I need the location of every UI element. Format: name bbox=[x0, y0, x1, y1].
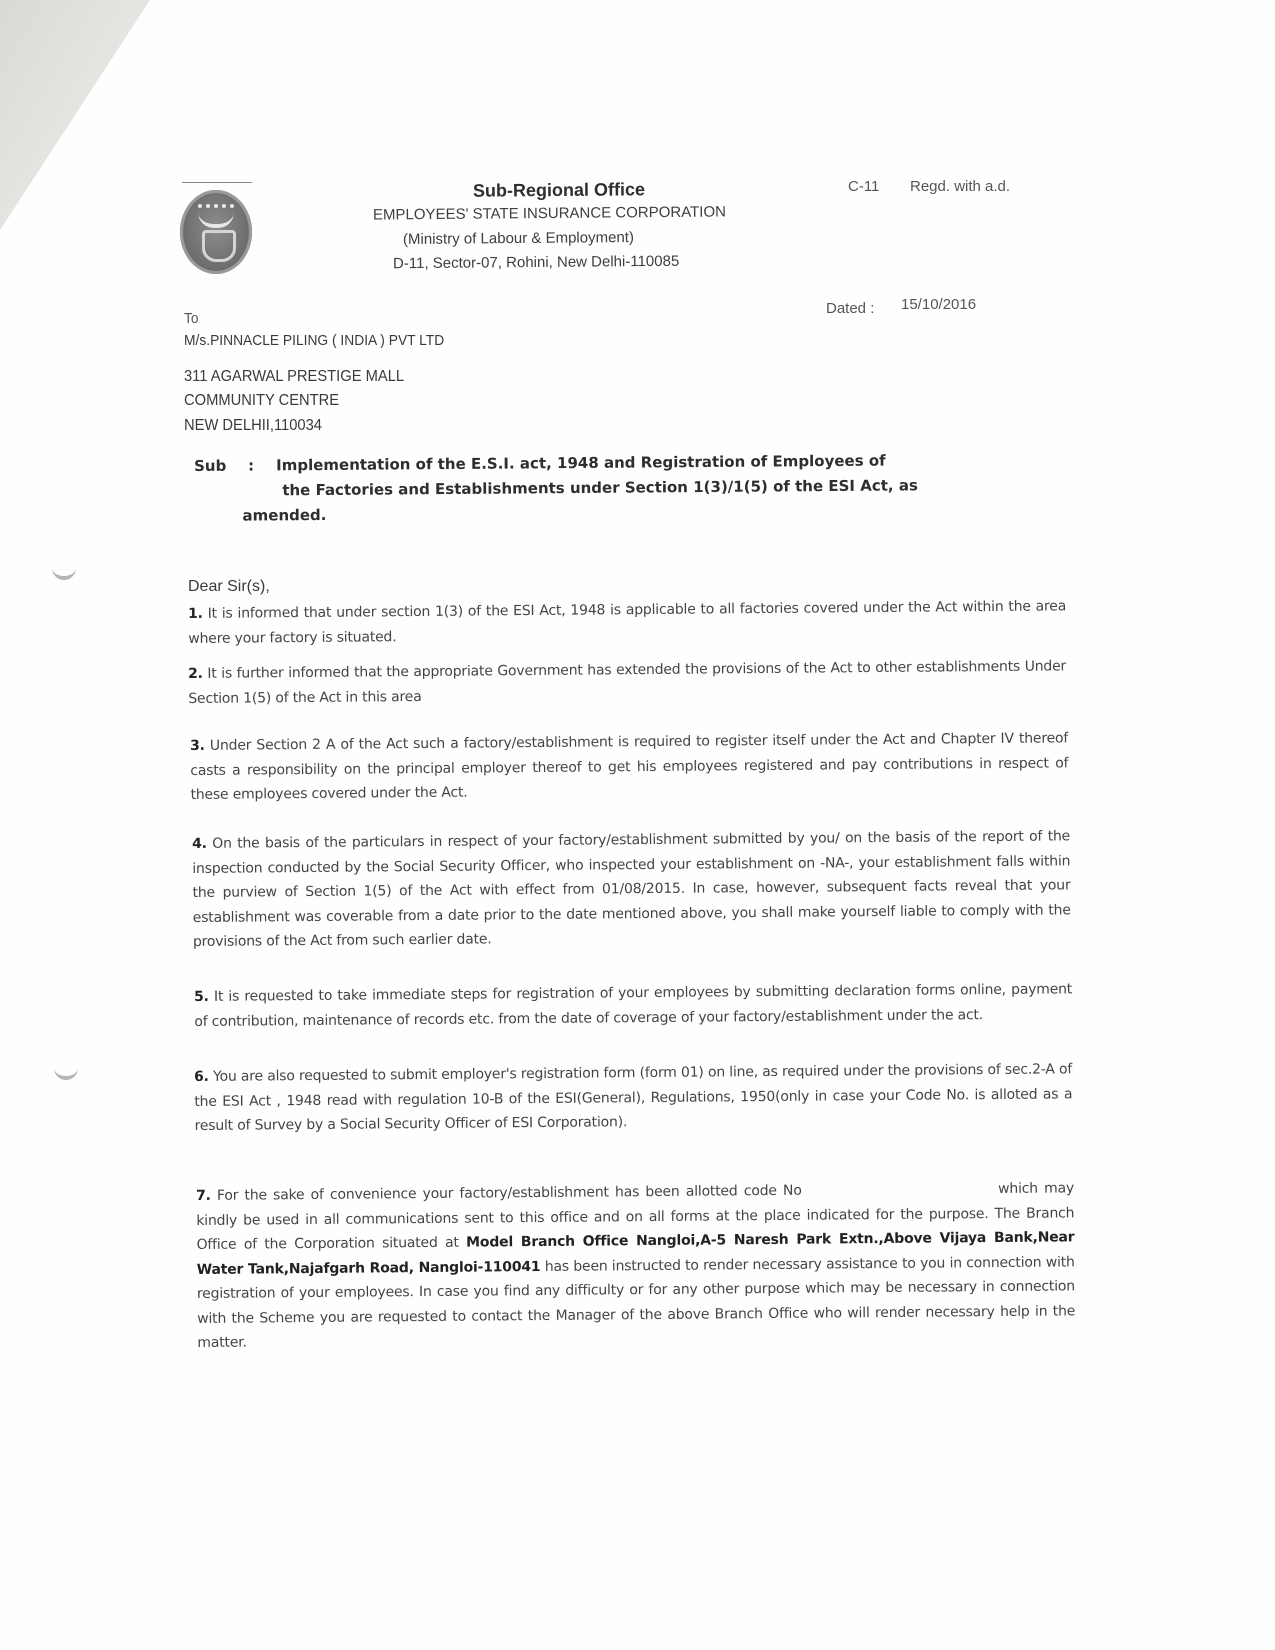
subject-separator: : bbox=[248, 454, 254, 479]
paragraph-number: 7. bbox=[196, 1188, 211, 1204]
paragraph-7: 7. For the sake of convenience your fact… bbox=[196, 1176, 1075, 1355]
to-label: To bbox=[184, 310, 199, 327]
form-code: C-11 bbox=[848, 178, 879, 195]
office-address: D-11, Sector-07, Rohini, New Delhi-11008… bbox=[393, 253, 679, 272]
paragraph-4: 4. On the basis of the particulars in re… bbox=[192, 824, 1071, 954]
addressee-address-line: 311 AGARWAL PRESTIGE MALL bbox=[184, 368, 404, 386]
date-value: 15/10/2016 bbox=[901, 296, 976, 313]
paragraph-text: You are also requested to submit employe… bbox=[194, 1061, 1072, 1134]
addressee-address-line: NEW DELHII,110034 bbox=[184, 417, 322, 435]
paragraph-text: It is informed that under section 1(3) o… bbox=[188, 598, 1066, 646]
paragraph-number: 1. bbox=[188, 606, 203, 622]
addressee-address-line: COMMUNITY CENTRE bbox=[184, 392, 339, 410]
subject-label: Sub bbox=[194, 454, 226, 479]
paragraph-text: On the basis of the particulars in respe… bbox=[192, 828, 1071, 950]
paragraph-number: 4. bbox=[192, 836, 207, 852]
paragraph-3: 3. Under Section 2 A of the Act such a f… bbox=[190, 726, 1069, 807]
punch-hole-mark bbox=[54, 1062, 78, 1080]
punch-hole-mark bbox=[52, 562, 76, 580]
organization-name: EMPLOYEES' STATE INSURANCE CORPORATION bbox=[373, 203, 726, 223]
paragraph-5: 5. It is requested to take immediate ste… bbox=[194, 977, 1072, 1034]
paragraph-1: 1. It is informed that under section 1(3… bbox=[188, 594, 1066, 651]
salutation: Dear Sir(s), bbox=[188, 578, 270, 596]
logo-rule bbox=[182, 182, 252, 183]
subject-block: Sub : Implementation of the E.S.I. act, … bbox=[194, 447, 1063, 529]
dispatch-mode: Regd. with a.d. bbox=[910, 178, 1010, 195]
folded-corner bbox=[0, 0, 160, 240]
subject-text: Implementation of the E.S.I. act, 1948 a… bbox=[276, 447, 1063, 528]
addressee-company: M/s.PINNACLE PILING ( INDIA ) PVT LTD bbox=[184, 332, 444, 349]
paragraph-2: 2. It is further informed that the appro… bbox=[188, 654, 1066, 711]
ministry-line: (Ministry of Labour & Employment) bbox=[403, 229, 634, 248]
paragraph-number: 2. bbox=[188, 666, 203, 682]
paragraph-text: Under Section 2 A of the Act such a fact… bbox=[190, 730, 1068, 803]
paragraph-number: 3. bbox=[190, 738, 205, 754]
esic-emblem-icon bbox=[180, 190, 252, 274]
paragraph-text: It is further informed that the appropri… bbox=[188, 658, 1066, 706]
office-title: Sub-Regional Office bbox=[473, 179, 645, 202]
date-label: Dated : bbox=[826, 300, 874, 317]
letter-page: Sub-Regional Office EMPLOYEES' STATE INS… bbox=[0, 0, 1275, 1650]
paragraph-text: It is requested to take immediate steps … bbox=[194, 981, 1072, 1029]
paragraph-text: For the sake of convenience your factory… bbox=[217, 1183, 802, 1204]
blank-code-field bbox=[808, 1193, 992, 1195]
paragraph-6: 6. You are also requested to submit empl… bbox=[194, 1057, 1073, 1138]
paragraph-number: 6. bbox=[194, 1069, 209, 1085]
paragraph-number: 5. bbox=[194, 989, 209, 1005]
